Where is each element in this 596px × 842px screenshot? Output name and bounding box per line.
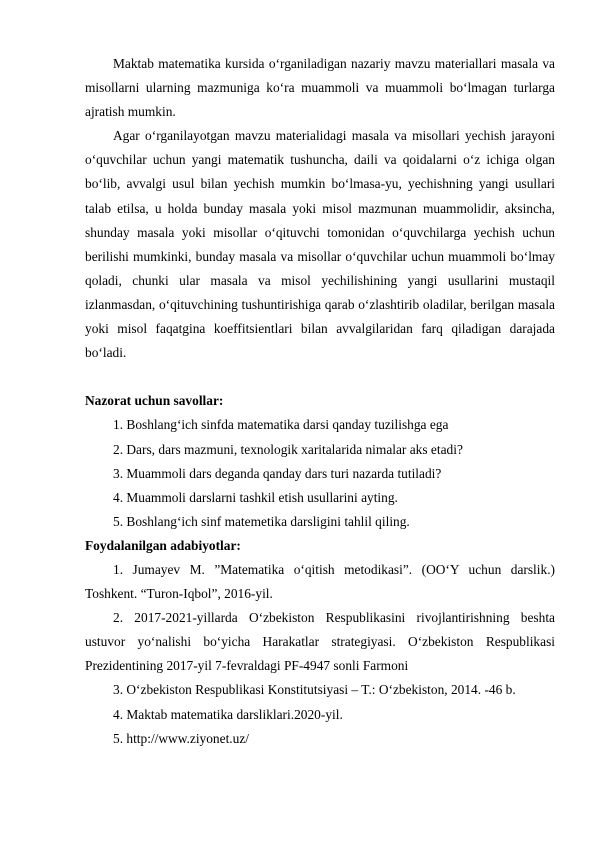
reference-item-link[interactable]: 5. http://www.ziyonet.uz/ [85,727,555,751]
question-item: 4. Muammoli darslarni tashkil etish usul… [85,486,555,510]
paragraph-problem-types: Agar o‘rganilayotgan mavzu materialidagi… [85,124,555,365]
reference-item: 1. Jumayev M. ”Matematika o‘qitish metod… [85,558,555,606]
question-item: 5. Boshlang‘ich sinf matemetika darsligi… [85,510,555,534]
question-item: 1. Boshlang‘ich sinfda matematika darsi … [85,413,555,437]
question-item: 3. Muammoli dars deganda qanday dars tur… [85,462,555,486]
document-page: Maktab matematika kursida o‘rganiladigan… [85,52,555,751]
blank-line [85,365,555,389]
questions-heading: Nazorat uchun savollar: [85,389,555,413]
paragraph-intro: Maktab matematika kursida o‘rganiladigan… [85,52,555,124]
reference-item: 3. O‘zbekiston Respublikasi Konstitutsiy… [85,678,555,702]
reference-item: 2. 2017-2021-yillarda O‘zbekiston Respub… [85,606,555,678]
question-item: 2. Dars, dars mazmuni, texnologik xarita… [85,438,555,462]
references-heading: Foydalanilgan adabiyotlar: [85,534,555,558]
reference-item: 4. Maktab matematika darsliklari.2020-yi… [85,703,555,727]
